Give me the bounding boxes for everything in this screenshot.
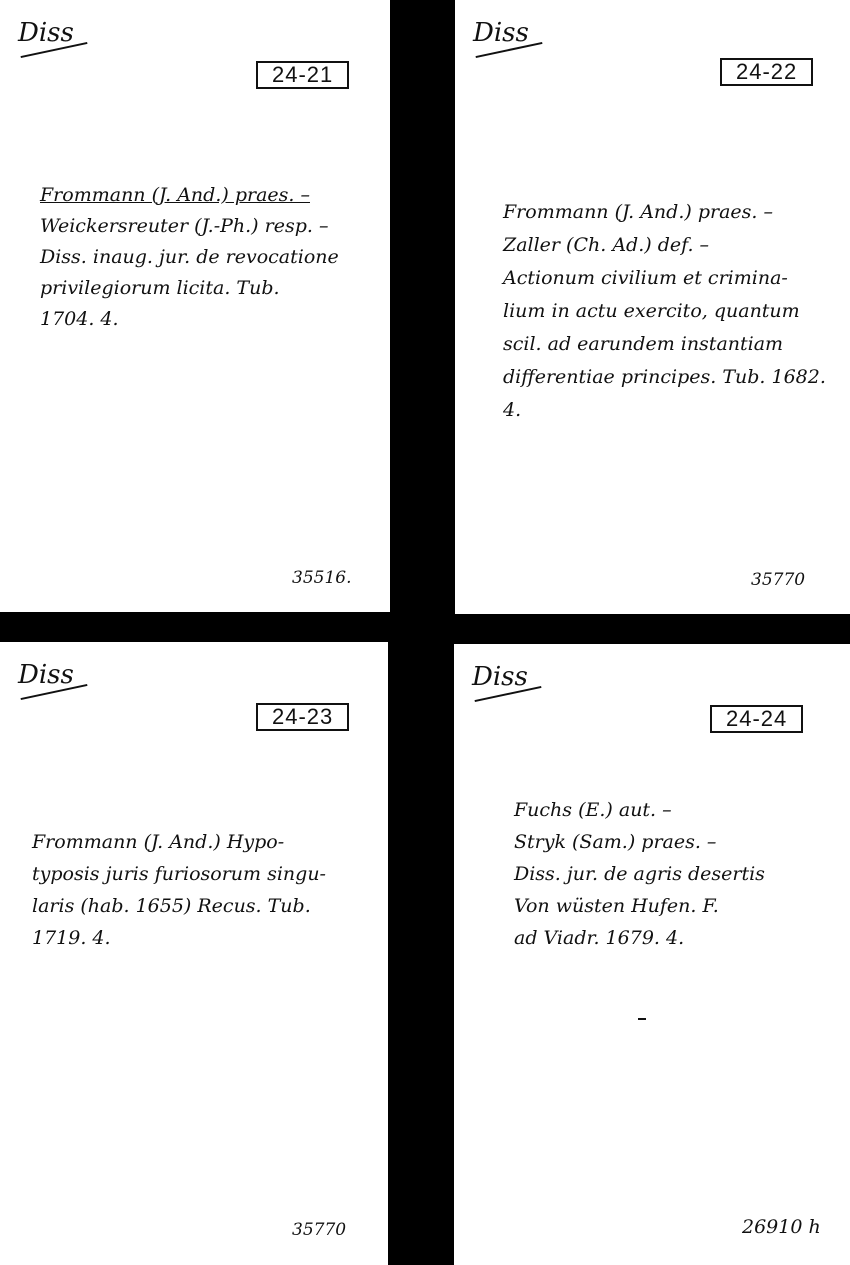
entry-line: ad Viadr. 1679. 4. (514, 922, 765, 954)
entry-line: Zaller (Ch. Ad.) def. – (503, 229, 826, 262)
corner-label: Diss (18, 660, 74, 690)
bibliographic-entry: Frommann (J. And.) praes. – Weickersreut… (40, 180, 339, 335)
catalog-card-24-24: Diss 24-24 Fuchs (E.) aut. – Stryk (Sam.… (454, 644, 850, 1265)
catalog-card-24-23: Diss 24-23 Frommann (J. And.) Hypo- typo… (0, 642, 388, 1265)
entry-line: lium in actu exercito, quantum (503, 295, 826, 328)
call-number: 24-21 (256, 61, 349, 89)
entry-line: Frommann (J. And.) praes. – (503, 196, 826, 229)
accession-number: 26910 h (742, 1216, 821, 1238)
entry-line: Von wüsten Hufen. F. (514, 890, 765, 922)
call-number: 24-22 (720, 58, 813, 86)
entry-line: Frommann (J. And.) praes. – (40, 180, 339, 211)
stray-mark (638, 1018, 646, 1020)
entry-line: Frommann (J. And.) Hypo- (32, 826, 326, 858)
corner-label: Diss (18, 18, 74, 48)
accession-number: 35770 (292, 1220, 346, 1240)
entry-line: Fuchs (E.) aut. – (514, 794, 765, 826)
entry-line: Diss. inaug. jur. de revocatione (40, 242, 339, 273)
bibliographic-entry: Frommann (J. And.) Hypo- typosis juris f… (32, 826, 326, 954)
corner-label: Diss (472, 662, 528, 692)
entry-line: 1704. 4. (40, 304, 339, 335)
accession-number: 35770 (751, 570, 805, 590)
call-number: 24-23 (256, 703, 349, 731)
entry-line: Diss. jur. de agris desertis (514, 858, 765, 890)
entry-line: scil. ad earundem instantiam (503, 328, 826, 361)
catalog-card-24-22: Diss 24-22 Frommann (J. And.) praes. – Z… (455, 0, 850, 614)
bibliographic-entry: Frommann (J. And.) praes. – Zaller (Ch. … (503, 196, 826, 427)
entry-line: privilegiorum licita. Tub. (40, 273, 339, 304)
accession-number: 35516. (292, 568, 351, 588)
entry-line: 4. (503, 394, 826, 427)
entry-line: typosis juris furiosorum singu- (32, 858, 326, 890)
entry-line: 1719. 4. (32, 922, 326, 954)
entry-line: laris (hab. 1655) Recus. Tub. (32, 890, 326, 922)
corner-label: Diss (473, 18, 529, 48)
call-number: 24-24 (710, 705, 803, 733)
catalog-card-24-21: Diss 24-21 Frommann (J. And.) praes. – W… (0, 0, 390, 612)
entry-line: Stryk (Sam.) praes. – (514, 826, 765, 858)
entry-line: Actionum civilium et crimina- (503, 262, 826, 295)
bibliographic-entry: Fuchs (E.) aut. – Stryk (Sam.) praes. – … (514, 794, 765, 954)
entry-line: Weickersreuter (J.-Ph.) resp. – (40, 211, 339, 242)
entry-line: differentiae principes. Tub. 1682. (503, 361, 826, 394)
